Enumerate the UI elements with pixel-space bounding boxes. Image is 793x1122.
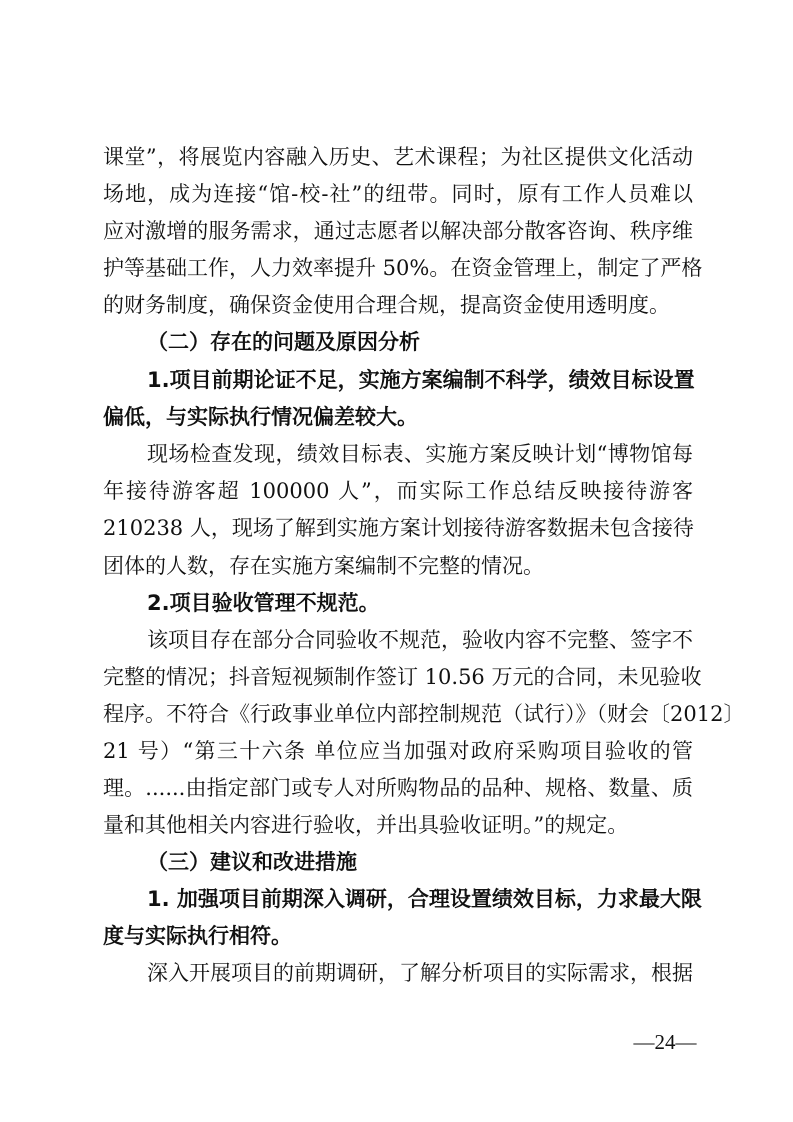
- body-text-line: 现场检查发现，绩效目标表、实施方案反映计划“博物馆每: [147, 439, 693, 469]
- section-heading: （三）建议和改进措施: [147, 847, 357, 877]
- body-text-line: 课堂”，将展览内容融入历史、艺术课程；为社区提供文化活动: [103, 142, 693, 172]
- body-text-line: 完整的情况；抖音短视频制作签订 10.56 万元的合同，未见验收: [103, 662, 693, 692]
- body-text-line: 年接待游客超 100000 人”，而实际工作总结反映接待游客: [103, 476, 693, 506]
- subheading-line: 偏低，与实际执行情况偏差较大。: [103, 402, 693, 432]
- body-text-line: 21 号）“第三十六条 单位应当加强对政府采购项目验收的管: [103, 736, 693, 766]
- body-text-line: 程序。不符合《行政事业单位内部控制规范（试行）》（财会〔2012〕: [103, 699, 693, 729]
- body-text-line: 应对激增的服务需求，通过志愿者以解决部分散客咨询、秩序维: [103, 216, 693, 246]
- body-text-line: 的财务制度，确保资金使用合理合规，提高资金使用透明度。: [103, 290, 693, 320]
- subheading-line: 度与实际执行相符。: [103, 921, 693, 951]
- body-text-line: 深入开展项目的前期调研，了解分析项目的实际需求，根据: [147, 958, 693, 988]
- subheading-line: 1. 加强项目前期深入调研，合理设置绩效目标，力求最大限: [147, 884, 693, 914]
- body-text-line: 210238 人，现场了解到实施方案计划接待游客数据未包含接待: [103, 513, 693, 543]
- subheading-line: 1.项目前期论证不足，实施方案编制不科学，绩效目标设置: [147, 365, 693, 395]
- body-text-line: 护等基础工作，人力效率提升 50%。在资金管理上，制定了严格: [103, 253, 693, 283]
- body-text-line: 团体的人数，存在实施方案编制不完整的情况。: [103, 551, 693, 581]
- body-text-line: 该项目存在部分合同验收不规范，验收内容不完整、签字不: [147, 625, 693, 655]
- body-text-line: 理。......由指定部门或专人对所购物品的品种、规格、数量、质: [103, 773, 693, 803]
- page-number: —24—: [630, 1028, 700, 1056]
- document-page: 课堂”，将展览内容融入历史、艺术课程；为社区提供文化活动 场地，成为连接“馆-校…: [0, 0, 793, 1122]
- body-text-line: 量和其他相关内容进行验收，并出具验收证明。”的规定。: [103, 810, 693, 840]
- section-heading: （二）存在的问题及原因分析: [147, 327, 420, 357]
- body-text-line: 场地，成为连接“馆-校-社”的纽带。同时，原有工作人员难以: [103, 179, 693, 209]
- subheading-line: 2.项目验收管理不规范。: [147, 588, 693, 618]
